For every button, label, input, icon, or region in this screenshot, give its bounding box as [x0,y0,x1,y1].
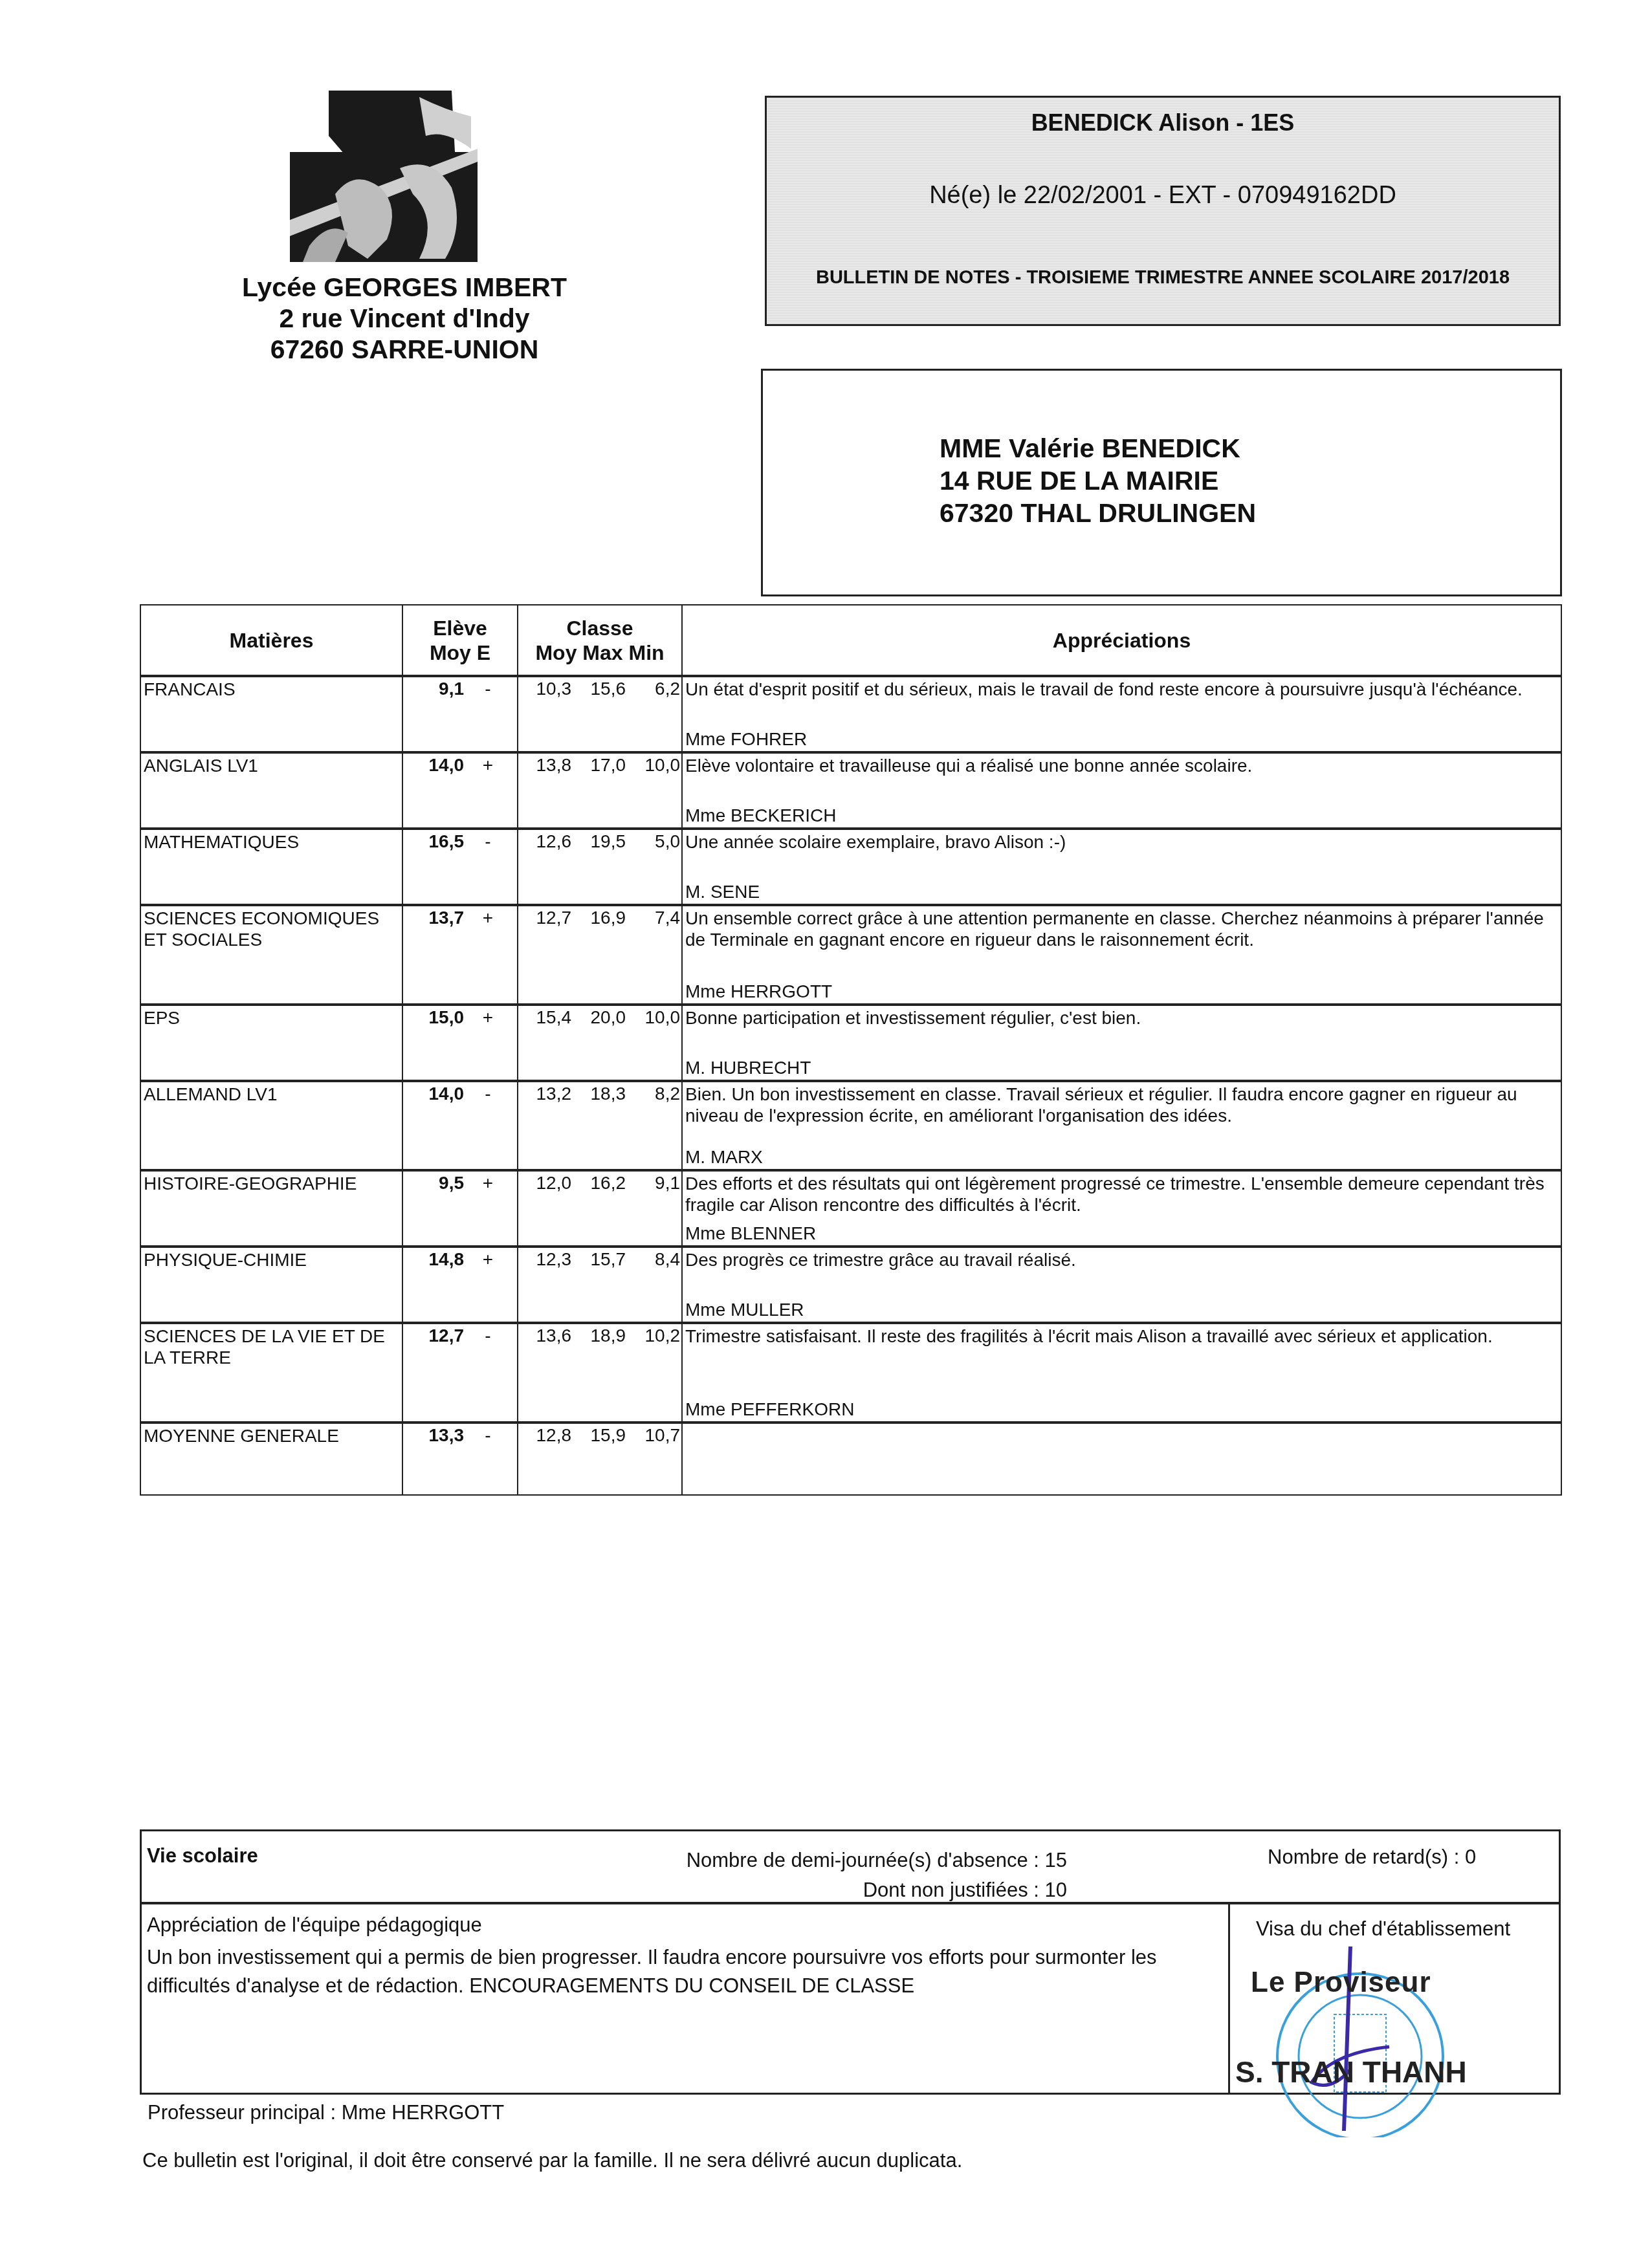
student-grade: 15,0+ [402,1005,518,1081]
trend-indicator: - [472,1325,504,1346]
class-max: 20,0 [571,1007,626,1028]
vie-scolaire-box: Vie scolaire Nombre de demi-journée(s) d… [140,1829,1561,2095]
table-row: FRANCAIS9,1-10,315,66,2Un état d'esprit … [140,676,1561,752]
header-appreciations: Appréciations [682,605,1561,676]
student-grade: 9,5+ [402,1170,518,1247]
appreciation-text: Trimestre satisfaisant. Il reste des fra… [685,1325,1558,1347]
trend-indicator: + [472,908,504,928]
appreciation-text: Des progrès ce trimestre grâce au travai… [685,1249,1558,1270]
student-average: 13,7 [412,908,464,928]
class-min: 8,4 [626,1249,680,1270]
grades-table: Matières Elève Moy E Classe Moy Max Min … [140,604,1562,1496]
appreciation-text: Des efforts et des résultats qui ont lég… [685,1173,1558,1216]
student-grade: 14,8+ [402,1247,518,1323]
class-average: 10,3 [526,679,571,699]
visa-title: Visa du chef d'établissement [1256,1917,1510,1941]
class-max: 15,6 [571,679,626,699]
student-grade: 9,1- [402,676,518,752]
subject-name: EPS [140,1005,402,1081]
class-stats: 12,016,29,1 [518,1170,682,1247]
student-grade: 14,0- [402,1081,518,1170]
table-row: PHYSIQUE-CHIMIE14,8+12,315,78,4Des progr… [140,1247,1561,1323]
student-grade: 12,7- [402,1323,518,1423]
class-max: 18,9 [571,1325,626,1346]
class-min: 10,0 [626,1007,680,1028]
appreciation-cell: Bien. Un bon investissement en classe. T… [682,1081,1561,1170]
team-appreciation-text: Un bon investissement qui a permis de bi… [147,1943,1223,2000]
recipient-street: 14 RUE DE LA MAIRIE [940,464,1256,497]
class-max: 16,9 [571,908,626,928]
class-min: 9,1 [626,1173,680,1194]
header-eleve: Elève Moy E [402,605,518,676]
header-classe-line2: Moy Max Min [518,640,681,665]
class-average: 12,3 [526,1249,571,1270]
appreciation-text: Bien. Un bon investissement en classe. T… [685,1084,1558,1126]
school-name: Lycée GEORGES IMBERT [194,272,615,303]
appreciation-text: Une année scolaire exemplaire, bravo Ali… [685,831,1558,853]
table-row: EPS15,0+15,420,010,0Bonne participation … [140,1005,1561,1081]
appreciation-text: Un état d'esprit positif et du sérieux, … [685,679,1558,700]
class-average: 12,7 [526,908,571,928]
student-average: 15,0 [412,1007,464,1028]
school-address: Lycée GEORGES IMBERT 2 rue Vincent d'Ind… [194,272,615,365]
appreciation-cell: Des efforts et des résultats qui ont lég… [682,1170,1561,1247]
header-matieres: Matières [140,605,402,676]
trend-indicator: - [472,831,504,852]
class-max: 15,9 [571,1425,626,1446]
late-count: Nombre de retard(s) : 0 [1268,1846,1476,1869]
class-average: 13,8 [526,755,571,776]
visa-name: S. TRAN THANH [1235,2055,1467,2089]
class-max: 19,5 [571,831,626,852]
trend-indicator: - [472,1425,504,1446]
subject-name: PHYSIQUE-CHIMIE [140,1247,402,1323]
student-identity-box: BENEDICK Alison - 1ES Né(e) le 22/02/200… [765,96,1561,326]
table-row: MATHEMATIQUES16,5-12,619,55,0Une année s… [140,829,1561,905]
table-row: ALLEMAND LV114,0-13,218,38,2Bien. Un bon… [140,1081,1561,1170]
class-stats: 12,716,97,4 [518,905,682,1005]
student-average: 9,1 [412,679,464,699]
class-stats: 13,618,910,2 [518,1323,682,1423]
class-max: 17,0 [571,755,626,776]
appreciation-cell: Un ensemble correct grâce à une attentio… [682,905,1561,1005]
teacher-name: Mme FOHRER [685,728,807,750]
visa-role: Le Proviseur [1251,1967,1431,1999]
teacher-name: Mme PEFFERKORN [685,1399,854,1420]
teacher-name: M. MARX [685,1146,763,1168]
teacher-name: Mme BECKERICH [685,805,836,826]
header-classe: Classe Moy Max Min [518,605,682,676]
school-logo-illustration-icon [290,91,478,262]
class-stats: 13,218,38,2 [518,1081,682,1170]
header-eleve-line1: Elève [403,616,517,640]
professeur-principal: Professeur principal : Mme HERRGOTT [148,2101,504,2124]
bulletin-title: BULLETIN DE NOTES - TROISIEME TRIMESTRE … [767,267,1559,289]
absences-count: Nombre de demi-journée(s) d'absence : 15 [687,1846,1067,1875]
vie-scolaire-title: Vie scolaire [147,1844,258,1868]
teacher-name: Mme BLENNER [685,1223,816,1244]
class-average: 12,6 [526,831,571,852]
class-average: 13,2 [526,1084,571,1104]
appreciation-cell: Trimestre satisfaisant. Il reste des fra… [682,1323,1561,1423]
subject-name: HISTOIRE-GEOGRAPHIE [140,1170,402,1247]
student-birth-line: Né(e) le 22/02/2001 - EXT - 070949162DD [767,182,1559,210]
principal-visa: Visa du chef d'établissement Le Proviseu… [1230,1904,1559,2093]
school-street: 2 rue Vincent d'Indy [194,303,615,334]
class-min: 10,0 [626,755,680,776]
trend-indicator: + [472,1173,504,1194]
table-row: HISTOIRE-GEOGRAPHIE9,5+12,016,29,1Des ef… [140,1170,1561,1247]
class-stats: 10,315,66,2 [518,676,682,752]
appreciation-cell [682,1423,1561,1495]
trend-indicator: + [472,1249,504,1270]
class-stats: 12,315,78,4 [518,1247,682,1323]
school-logo [290,91,478,262]
student-grade: 13,7+ [402,905,518,1005]
trend-indicator: - [472,1084,504,1104]
appreciation-text: Bonne participation et investissement ré… [685,1007,1558,1029]
student-grade: 14,0+ [402,752,518,829]
header-classe-line1: Classe [518,616,681,640]
class-min: 5,0 [626,831,680,852]
class-stats: 12,619,55,0 [518,829,682,905]
student-average: 12,7 [412,1325,464,1346]
recipient-name: MME Valérie BENEDICK [940,432,1256,464]
table-row: SCIENCES ECONOMIQUES ET SOCIALES13,7+12,… [140,905,1561,1005]
class-min: 8,2 [626,1084,680,1104]
team-appreciation: Appréciation de l'équipe pédagogique Un … [142,1904,1230,2093]
class-min: 10,2 [626,1325,680,1346]
subject-name: FRANCAIS [140,676,402,752]
student-average: 9,5 [412,1173,464,1194]
recipient-city: 67320 THAL DRULINGEN [940,497,1256,529]
class-min: 6,2 [626,679,680,699]
subject-name: SCIENCES DE LA VIE ET DE LA TERRE [140,1323,402,1423]
teacher-name: M. HUBRECHT [685,1057,811,1078]
student-average: 14,0 [412,755,464,776]
class-max: 16,2 [571,1173,626,1194]
subject-name: MOYENNE GENERALE [140,1423,402,1495]
teacher-name: Mme MULLER [685,1299,804,1320]
student-average: 16,5 [412,831,464,852]
class-stats: 13,817,010,0 [518,752,682,829]
teacher-name: Mme HERRGOTT [685,981,832,1002]
subject-name: ANGLAIS LV1 [140,752,402,829]
student-name-class: BENEDICK Alison - 1ES [767,109,1559,136]
unjustified-absences: Dont non justifiées : 10 [687,1875,1067,1905]
table-row: MOYENNE GENERALE13,3-12,815,910,7 [140,1423,1561,1495]
class-average: 15,4 [526,1007,571,1028]
student-grade: 16,5- [402,829,518,905]
trend-indicator: + [472,755,504,776]
table-row: SCIENCES DE LA VIE ET DE LA TERRE12,7-13… [140,1323,1561,1423]
class-min: 10,7 [626,1425,680,1446]
recipient-address-box: MME Valérie BENEDICK 14 RUE DE LA MAIRIE… [761,369,1562,596]
trend-indicator: - [472,679,504,699]
appreciation-text: Elève volontaire et travailleuse qui a r… [685,755,1558,776]
subject-name: MATHEMATIQUES [140,829,402,905]
class-stats: 12,815,910,7 [518,1423,682,1495]
trend-indicator: + [472,1007,504,1028]
class-min: 7,4 [626,908,680,928]
header-eleve-line2: Moy E [403,640,517,665]
appreciation-cell: Une année scolaire exemplaire, bravo Ali… [682,829,1561,905]
team-appreciation-title: Appréciation de l'équipe pédagogique [147,1914,1223,1937]
absences-info: Nombre de demi-journée(s) d'absence : 15… [687,1846,1067,1905]
class-average: 13,6 [526,1325,571,1346]
appreciation-cell: Elève volontaire et travailleuse qui a r… [682,752,1561,829]
appreciation-cell: Bonne participation et investissement ré… [682,1005,1561,1081]
school-city: 67260 SARRE-UNION [194,334,615,365]
subject-name: SCIENCES ECONOMIQUES ET SOCIALES [140,905,402,1005]
footer-notice: Ce bulletin est l'original, il doit être… [142,2149,962,2172]
appreciation-cell: Un état d'esprit positif et du sérieux, … [682,676,1561,752]
student-average: 14,0 [412,1084,464,1104]
appreciation-text: Un ensemble correct grâce à une attentio… [685,908,1558,950]
class-average: 12,8 [526,1425,571,1446]
class-average: 12,0 [526,1173,571,1194]
class-stats: 15,420,010,0 [518,1005,682,1081]
table-row: ANGLAIS LV114,0+13,817,010,0Elève volont… [140,752,1561,829]
student-grade: 13,3- [402,1423,518,1495]
subject-name: ALLEMAND LV1 [140,1081,402,1170]
class-max: 15,7 [571,1249,626,1270]
student-average: 14,8 [412,1249,464,1270]
student-average: 13,3 [412,1425,464,1446]
teacher-name: M. SENE [685,881,760,902]
class-max: 18,3 [571,1084,626,1104]
appreciation-cell: Des progrès ce trimestre grâce au travai… [682,1247,1561,1323]
